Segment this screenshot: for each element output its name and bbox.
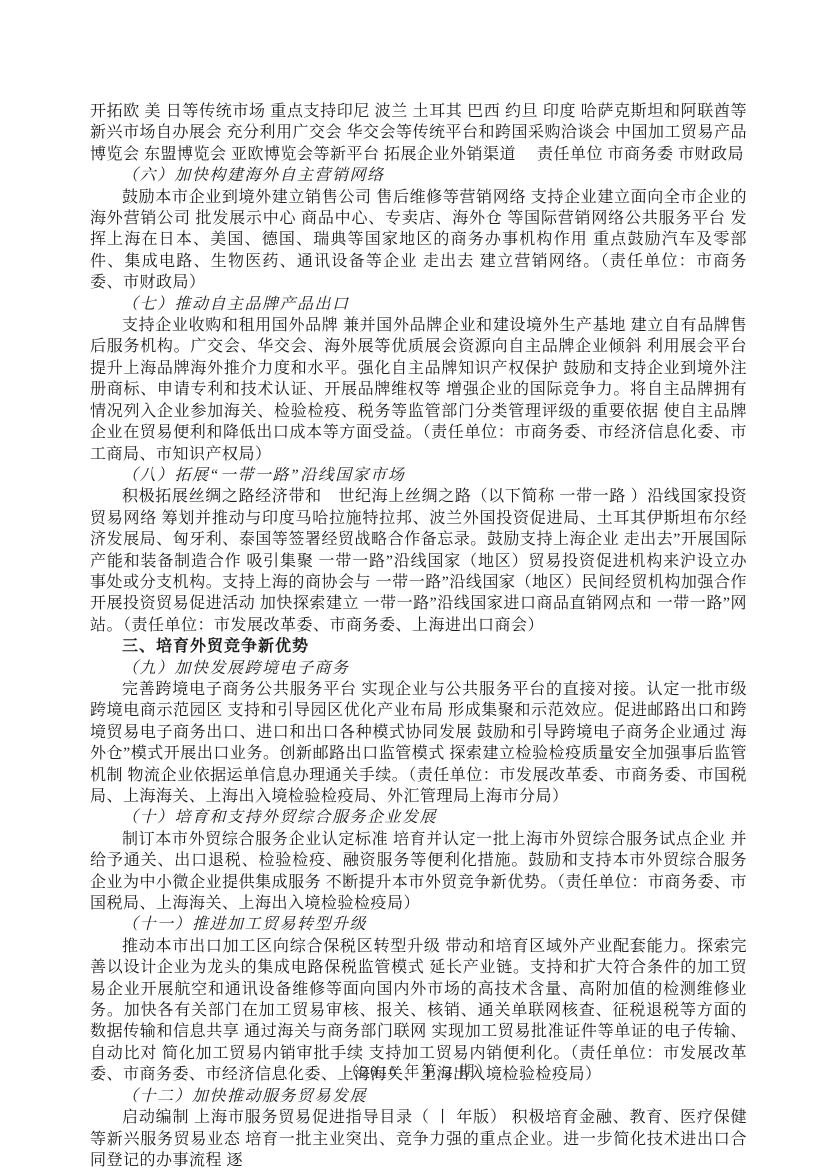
paragraph: 积极拓展丝绸之路经济带和 世纪海上丝绸之路（以下简称 一带一路 ）沿线国家投资贸… bbox=[90, 486, 747, 636]
subsection-heading: （十）培育和支持外贸综合服务企业发展 bbox=[90, 807, 747, 828]
text-block: 开拓欧 美 日等传统市场 重点支持印尼 波兰 土耳其 巴西 约旦 印度 哈萨克斯… bbox=[90, 101, 747, 1170]
subsection-heading: （六）加快构建海外自主营销网络 bbox=[90, 165, 747, 186]
paragraph: 完善跨境电子商务公共服务平台 实现企业与公共服务平台的直接对接。认定一批市级跨境… bbox=[90, 679, 747, 807]
subsection-heading: （九）加快发展跨境电子商务 bbox=[90, 658, 747, 679]
document-page: 开拓欧 美 日等传统市场 重点支持印尼 波兰 土耳其 巴西 约旦 印度 哈萨克斯… bbox=[0, 0, 827, 1170]
subsection-heading: （八）拓展“一带一路”沿线国家市场 bbox=[90, 465, 747, 486]
paragraph: 启动编制 上海市服务贸易促进指导目录（ 丨 年版） 积极培育金融、教育、医疗保健… bbox=[90, 1107, 747, 1170]
journal-issue-footer: （2016 年第 2 期） bbox=[90, 1060, 747, 1081]
paragraph: 制订本市外贸综合服务企业认定标准 培育并认定一批上海市外贸综合服务试点企业 并给… bbox=[90, 829, 747, 915]
subsection-heading: （十一）推进加工贸易转型升级 bbox=[90, 914, 747, 935]
section-heading: 三、培育外贸竞争新优势 bbox=[90, 636, 747, 657]
paragraph: 支持企业收购和租用国外品牌 兼并国外品牌企业和建设境外生产基地 建立自有品牌售后… bbox=[90, 315, 747, 465]
subsection-heading: （十二）加快推动服务贸易发展 bbox=[90, 1086, 747, 1107]
paragraph-continuation: 开拓欧 美 日等传统市场 重点支持印尼 波兰 土耳其 巴西 约旦 印度 哈萨克斯… bbox=[90, 101, 747, 165]
paragraph: 鼓励本市企业到境外建立销售公司 售后维修等营销网络 支持企业建立面向全市企业的海… bbox=[90, 187, 747, 294]
subsection-heading: （七）推动自主品牌产品出口 bbox=[90, 294, 747, 315]
